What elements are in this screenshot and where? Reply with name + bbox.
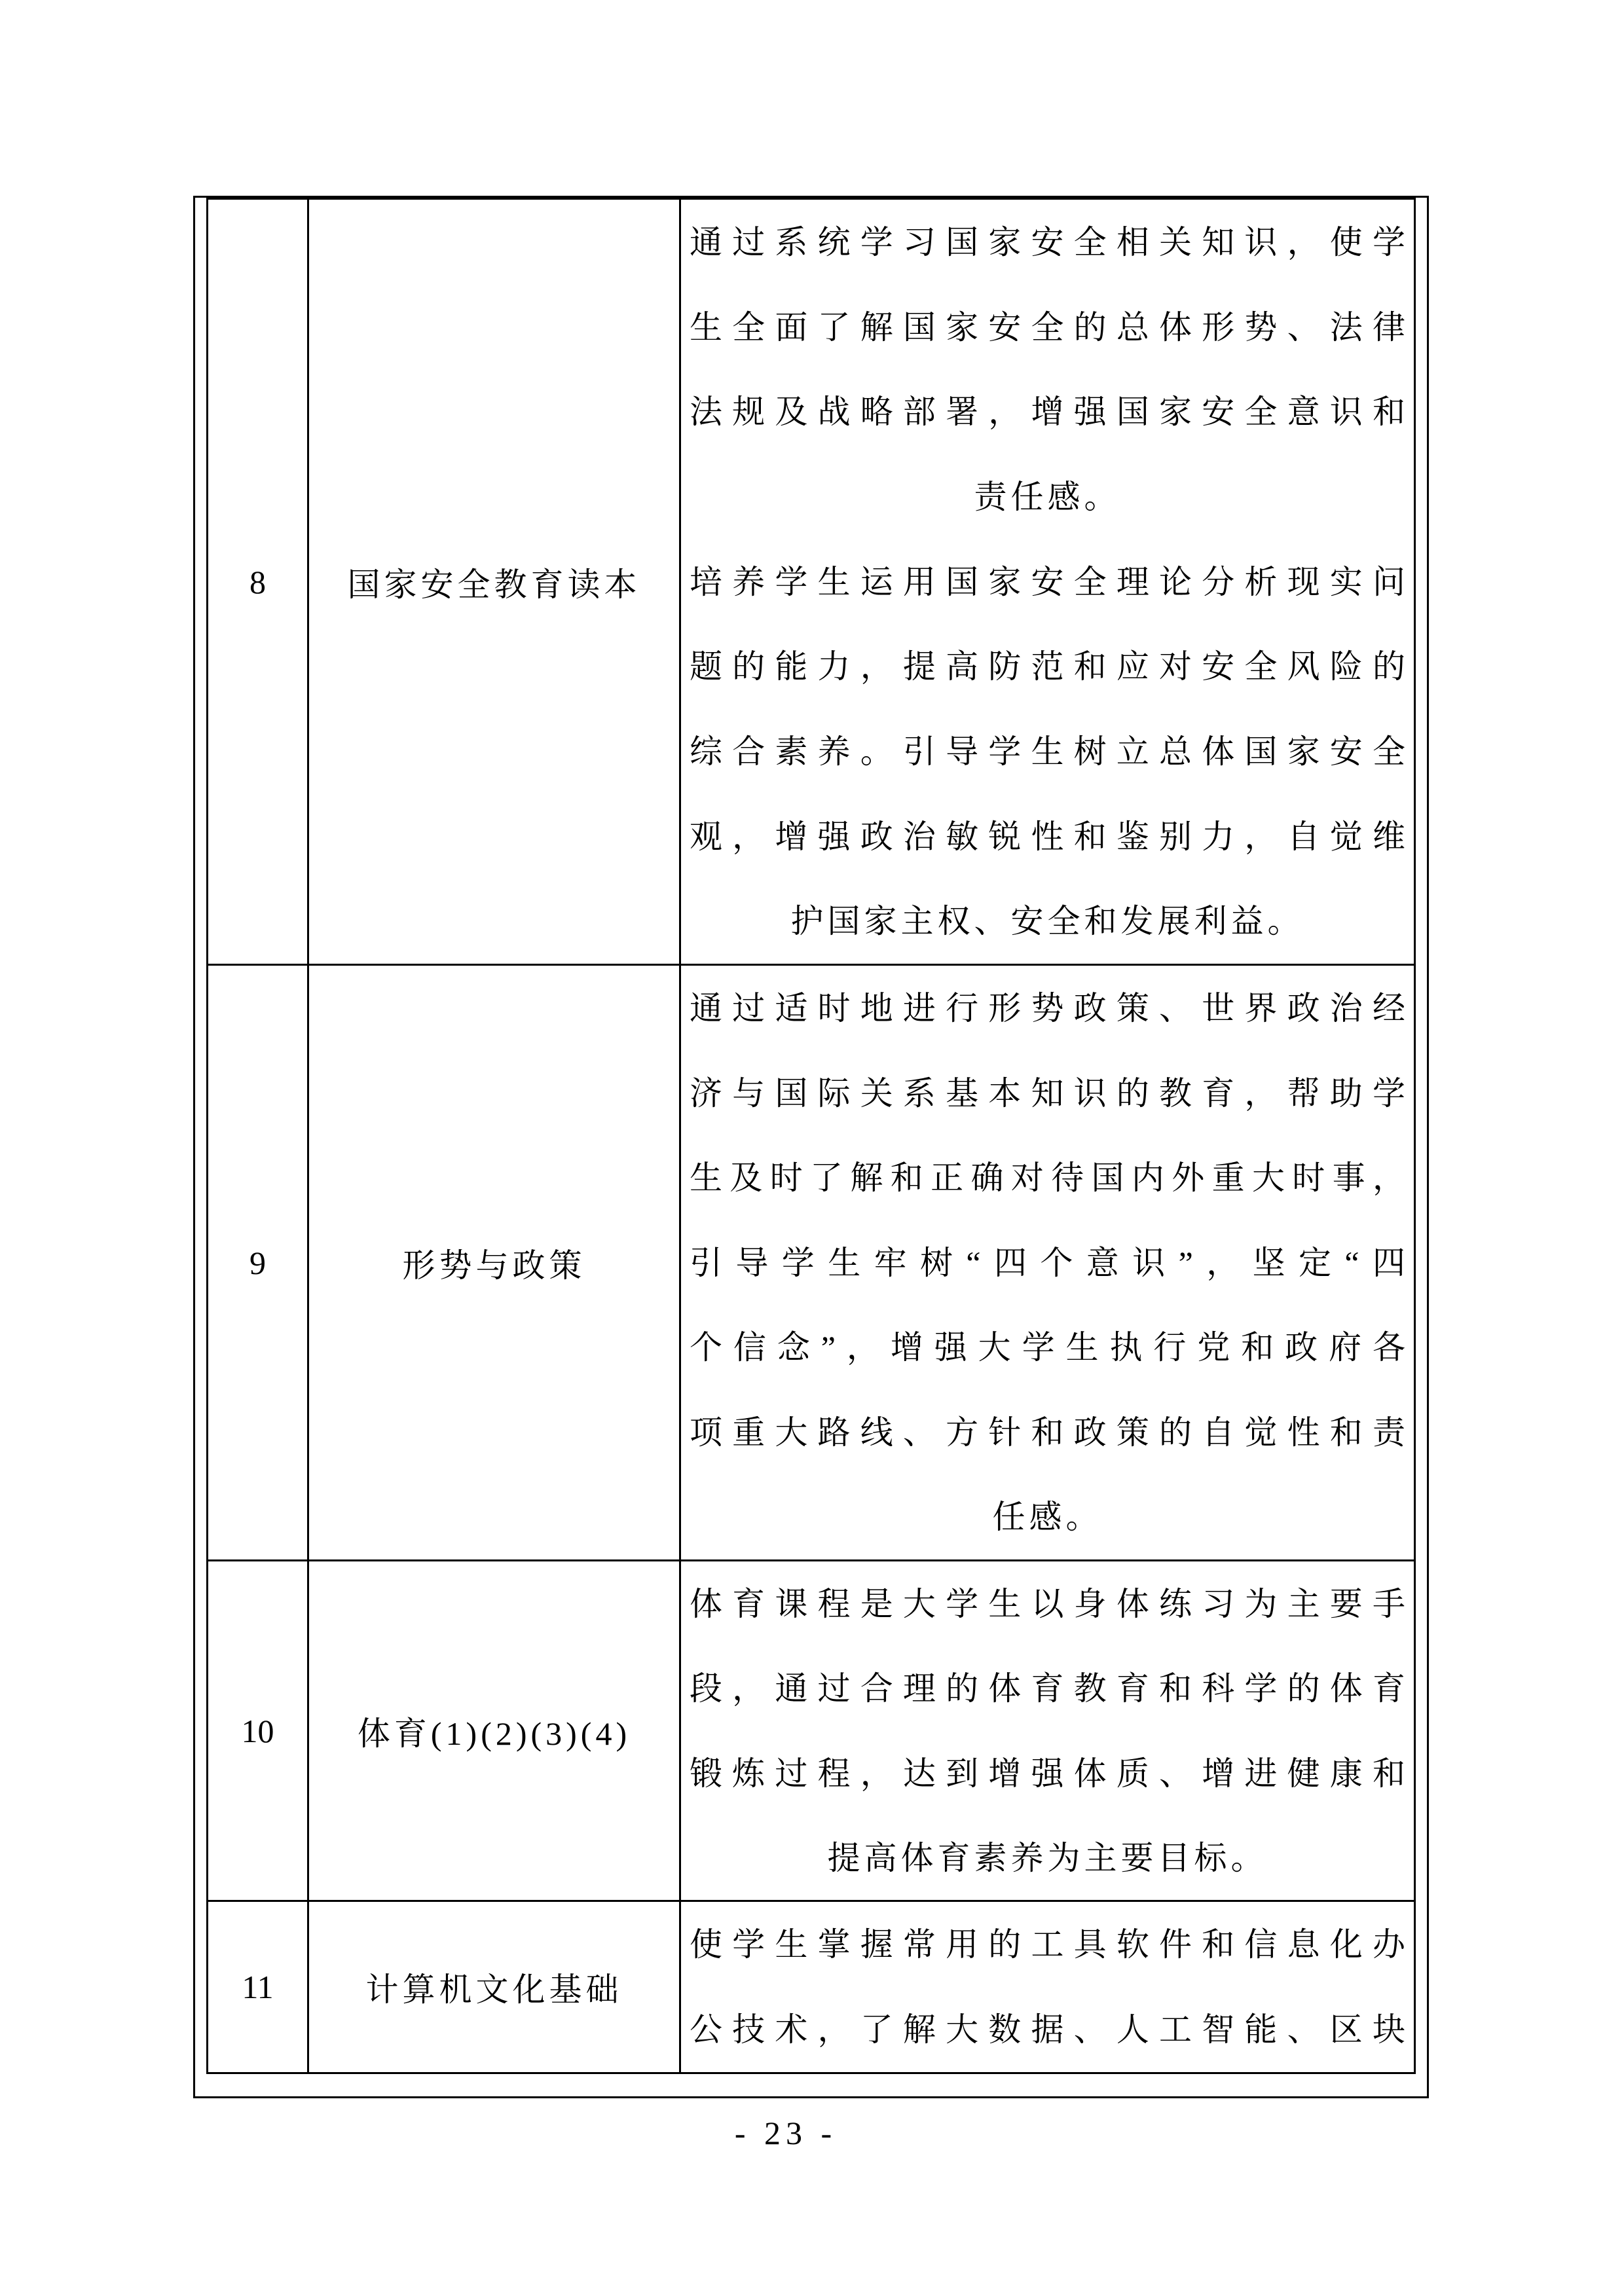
course-name-cell: 形势与政策 (309, 966, 681, 1559)
table-row: 11计算机文化基础使学生掌握常用的工具软件和信息化办公技术，了解大数据、人工智能… (208, 1902, 1414, 2072)
description-line: 通过适时地进行形势政策、世界政治经 (690, 966, 1405, 1051)
description-line: 生全面了解国家安全的总体形势、法律 (690, 285, 1405, 370)
description-line: 护国家主权、安全和发展利益。 (690, 879, 1405, 964)
description-line: 济与国际关系基本知识的教育，帮助学 (690, 1051, 1405, 1136)
document-page: { "page": { "number_label": "- 23 -" }, … (0, 0, 1624, 2296)
description-line: 生及时了解和正确对待国内外重大时事， (690, 1135, 1405, 1220)
row-number: 10 (242, 1712, 274, 1750)
row-number: 9 (249, 1244, 266, 1282)
course-description-cell: 体育课程是大学生以身体练习为主要手段，通过合理的体育教育和科学的体育锻炼过程，达… (681, 1561, 1414, 1900)
table-row: 9形势与政策通过适时地进行形势政策、世界政治经济与国际关系基本知识的教育，帮助学… (208, 966, 1414, 1561)
table-row: 10体育(1)(2)(3)(4)体育课程是大学生以身体练习为主要手段，通过合理的… (208, 1561, 1414, 1902)
description-line: 综合素养。引导学生树立总体国家安全 (690, 709, 1405, 794)
description-line: 锻炼过程，达到增强体质、增进健康和 (690, 1731, 1405, 1815)
course-name: 国家安全教育读本 (348, 558, 641, 606)
row-number-cell: 9 (208, 966, 309, 1559)
description-line: 责任感。 (690, 454, 1405, 539)
description-line: 提高体育素养为主要目标。 (690, 1815, 1405, 1900)
table-row: 8国家安全教育读本通过系统学习国家安全相关知识，使学生全面了解国家安全的总体形势… (208, 200, 1414, 966)
page-number: - 23 - (0, 2113, 1572, 2153)
course-name-cell: 体育(1)(2)(3)(4) (309, 1561, 681, 1900)
course-description-cell: 使学生掌握常用的工具软件和信息化办公技术，了解大数据、人工智能、区块 (681, 1902, 1414, 2072)
course-description-cell: 通过适时地进行形势政策、世界政治经济与国际关系基本知识的教育，帮助学生及时了解和… (681, 966, 1414, 1559)
row-number-cell: 8 (208, 200, 309, 964)
description-line: 使学生掌握常用的工具软件和信息化办 (690, 1902, 1405, 1987)
row-number: 8 (249, 563, 266, 601)
description-line: 通过系统学习国家安全相关知识，使学 (690, 200, 1405, 285)
description-line: 法规及战略部署，增强国家安全意识和 (690, 369, 1405, 454)
row-number-cell: 11 (208, 1902, 309, 2072)
description-line: 项重大路线、方针和政策的自觉性和责 (690, 1390, 1405, 1475)
course-name: 形势与政策 (403, 1239, 586, 1286)
description-line: 公技术，了解大数据、人工智能、区块 (690, 1987, 1405, 2072)
course-name-cell: 国家安全教育读本 (309, 200, 681, 964)
description-line: 引导学生牢树“四个意识”，坚定“四 (690, 1220, 1405, 1305)
course-table: 8国家安全教育读本通过系统学习国家安全相关知识，使学生全面了解国家安全的总体形势… (206, 198, 1416, 2074)
description-line: 题的能力，提高防范和应对安全风险的 (690, 624, 1405, 709)
description-line: 观，增强政治敏锐性和鉴别力，自觉维 (690, 794, 1405, 879)
description-line: 体育课程是大学生以身体练习为主要手 (690, 1561, 1405, 1646)
course-name-cell: 计算机文化基础 (309, 1902, 681, 2072)
row-number: 11 (242, 1968, 273, 2006)
course-name: 计算机文化基础 (366, 1963, 623, 2011)
course-description-cell: 通过系统学习国家安全相关知识，使学生全面了解国家安全的总体形势、法律法规及战略部… (681, 200, 1414, 964)
description-line: 个信念”，增强大学生执行党和政府各 (690, 1305, 1405, 1390)
description-line: 段，通过合理的体育教育和科学的体育 (690, 1646, 1405, 1730)
course-name: 体育(1)(2)(3)(4) (358, 1707, 631, 1755)
description-line: 培养学生运用国家安全理论分析现实问 (690, 539, 1405, 625)
description-line: 任感。 (690, 1474, 1405, 1559)
row-number-cell: 10 (208, 1561, 309, 1900)
